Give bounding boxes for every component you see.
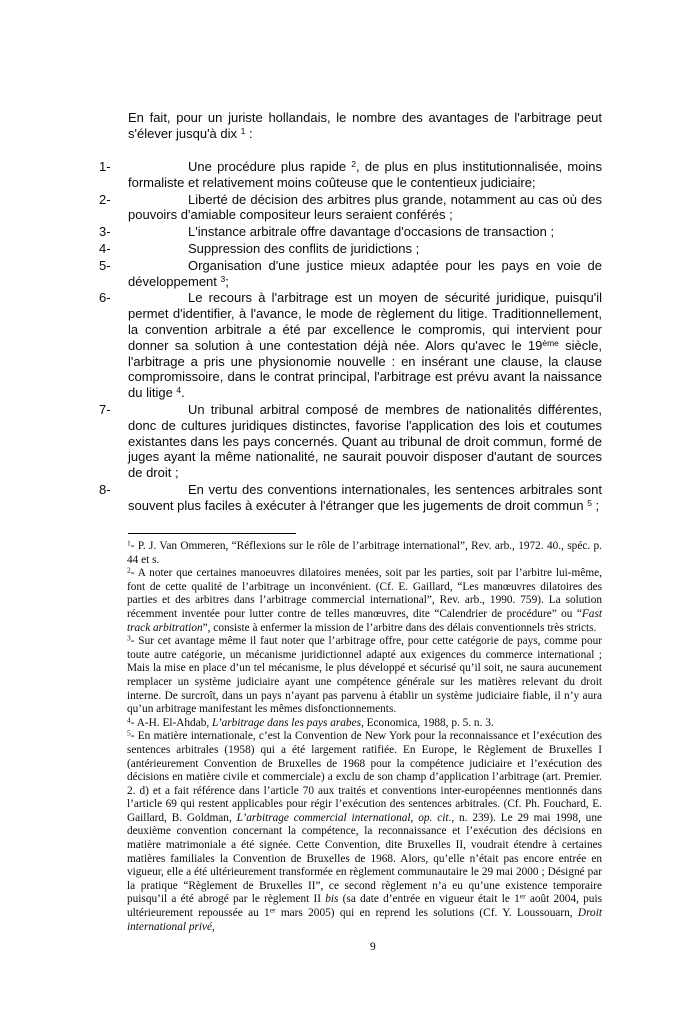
text-run: Suppression des conflits de juridictions… bbox=[188, 241, 419, 256]
list-item: 7-Un tribunal arbitral composé de membre… bbox=[128, 402, 602, 481]
list-item-number: 1- bbox=[99, 159, 111, 175]
list-item-number: 2- bbox=[99, 192, 111, 208]
text-run: Le recours à l'arbitrage est un moyen de… bbox=[128, 290, 602, 352]
list-item: 6-Le recours à l'arbitrage est un moyen … bbox=[128, 290, 602, 401]
footnote-separator bbox=[128, 533, 296, 534]
list-item-number: 6- bbox=[99, 290, 111, 306]
text-run: Liberté de décision des arbitres plus gr… bbox=[128, 192, 602, 223]
document-page: En fait, pour un juriste hollandais, le … bbox=[0, 0, 700, 1028]
superscript: ème bbox=[542, 338, 559, 348]
text-run: En fait, pour un juriste hollandais, le … bbox=[128, 110, 602, 141]
list-item-text: L'instance arbitrale offre davantage d'o… bbox=[128, 224, 602, 240]
list-item-number: 8- bbox=[99, 482, 111, 498]
text-run: - A-H. El-Ahdab, bbox=[131, 717, 212, 729]
text-run: L'instance arbitrale offre davantage d'o… bbox=[188, 224, 554, 239]
footnote: 4- A-H. El-Ahdab, L’arbitrage dans les p… bbox=[127, 717, 602, 731]
text-run: - En matière internationale, c’est la Co… bbox=[127, 730, 602, 824]
text-run: Organisation d'une justice mieux adaptée… bbox=[128, 258, 602, 289]
list-item-text: Suppression des conflits de juridictions… bbox=[128, 241, 602, 257]
text-run: ”, consiste à enfermer la mission de l’a… bbox=[203, 622, 597, 634]
footnote: 3- Sur cet avantage même il faut noter q… bbox=[127, 635, 602, 717]
list-item: 2-Liberté de décision des arbitres plus … bbox=[128, 192, 602, 224]
text-run: : bbox=[245, 126, 252, 141]
list-item: 3-L'instance arbitrale offre davantage d… bbox=[128, 224, 602, 240]
list-item: 5-Organisation d'une justice mieux adapt… bbox=[128, 258, 602, 290]
list-item-number: 5- bbox=[99, 258, 111, 274]
list-item-text: Un tribunal arbitral composé de membres … bbox=[128, 402, 602, 481]
text-run: . bbox=[181, 385, 185, 400]
text-run: ., n. 239). Le 29 mai 1998, une deuxième… bbox=[127, 812, 602, 906]
list-item-number: 7- bbox=[99, 402, 111, 418]
list-item-text: Organisation d'une justice mieux adaptée… bbox=[128, 258, 602, 290]
text-run: ; bbox=[592, 498, 599, 513]
advantages-numbered-list: 1-Une procédure plus rapide 2, de plus e… bbox=[128, 159, 602, 515]
list-item-text: Liberté de décision des arbitres plus gr… bbox=[128, 192, 602, 224]
footnote: 2- A noter que certaines manoeuvres dila… bbox=[127, 567, 602, 635]
list-item-text: Une procédure plus rapide 2, de plus en … bbox=[128, 159, 602, 191]
text-run: Un tribunal arbitral composé de membres … bbox=[128, 402, 602, 480]
page-number: 9 bbox=[370, 941, 376, 953]
text-run: , bbox=[212, 921, 215, 933]
footnote: 5- En matière internationale, c’est la C… bbox=[127, 730, 602, 934]
italic-text: L’arbitrage commercial international bbox=[237, 812, 411, 824]
list-item-text: En vertu des conventions internationales… bbox=[128, 482, 602, 514]
footnote: 1- P. J. Van Ommeren, “Réflexions sur le… bbox=[127, 540, 602, 567]
text-run: Une procédure plus rapide bbox=[188, 159, 351, 174]
italic-text: bis bbox=[325, 893, 338, 905]
list-item: 8-En vertu des conventions international… bbox=[128, 482, 602, 514]
intro-paragraph: En fait, pour un juriste hollandais, le … bbox=[128, 110, 602, 142]
text-run: ; bbox=[225, 274, 229, 289]
italic-text: L’arbitrage dans les pays arabes bbox=[212, 717, 361, 729]
text-run: mars 2005) qui en reprend les solutions … bbox=[276, 907, 578, 919]
italic-text: op. cit bbox=[418, 812, 448, 824]
list-item: 1-Une procédure plus rapide 2, de plus e… bbox=[128, 159, 602, 191]
footnotes-block: 1- P. J. Van Ommeren, “Réflexions sur le… bbox=[127, 540, 602, 934]
list-item-number: 3- bbox=[99, 224, 111, 240]
list-item-text: Le recours à l'arbitrage est un moyen de… bbox=[128, 290, 602, 401]
text-run: - P. J. Van Ommeren, “Réflexions sur le … bbox=[127, 540, 602, 566]
text-run: , Economica, 1988, p. 5. n. 3. bbox=[361, 717, 494, 729]
text-run: - A noter que certaines manoeuvres dilat… bbox=[127, 567, 602, 620]
text-run: (sa date d’entrée en vigueur était le 1 bbox=[338, 893, 519, 905]
list-item-number: 4- bbox=[99, 241, 111, 257]
text-run: En vertu des conventions internationales… bbox=[128, 482, 602, 513]
text-run: - Sur cet avantage même il faut noter qu… bbox=[127, 635, 602, 715]
list-item: 4-Suppression des conflits de juridictio… bbox=[128, 241, 602, 257]
